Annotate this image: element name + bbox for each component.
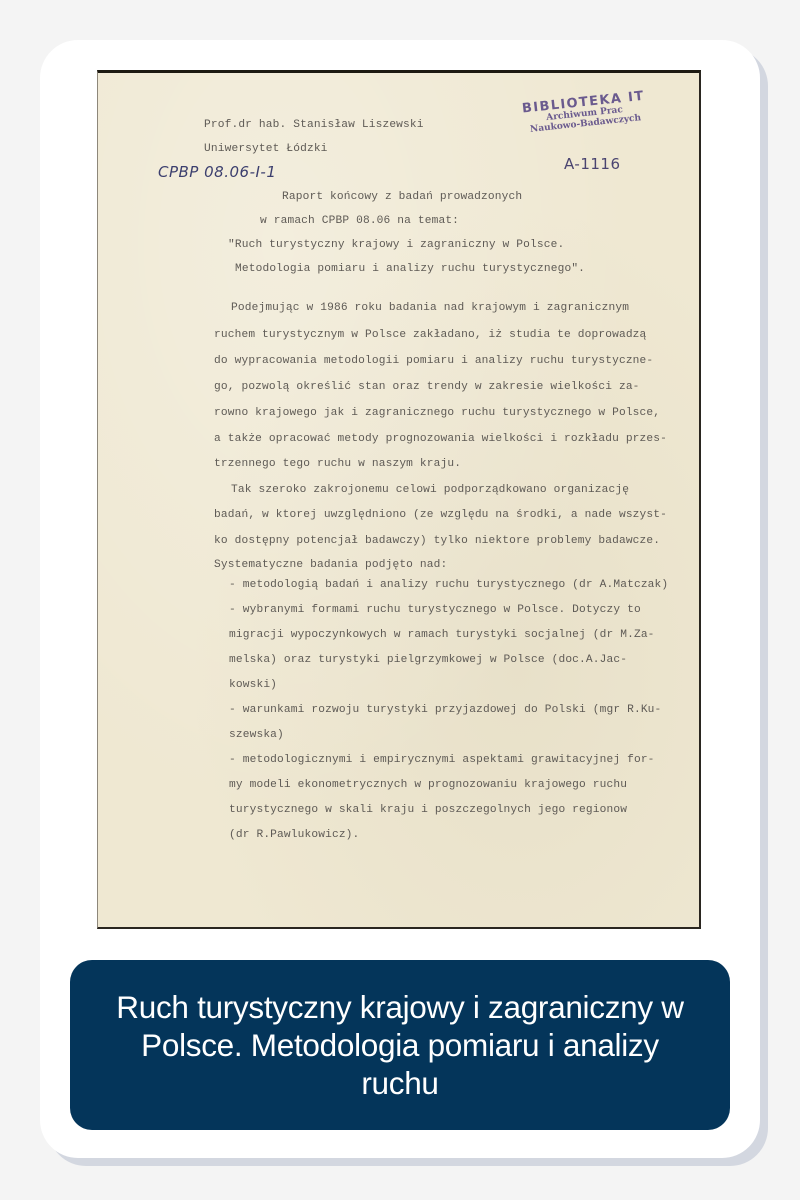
- handwritten-code: CPBP 08.06-I-1: [158, 163, 276, 181]
- paragraph-line: go, pozwolą określić stan oraz trendy w …: [214, 381, 640, 393]
- list-item: - warunkami rozwoju turystyki przyjazdow…: [229, 704, 661, 716]
- caption-title: Ruch turystyczny krajowy i zagraniczny w…: [100, 988, 700, 1102]
- list-item: - metodologicznymi i empirycznymi aspekt…: [229, 754, 655, 766]
- list-item-continuation: (dr R.Pawlukowicz).: [229, 829, 359, 841]
- library-stamp: BIBLIOTEKA IT Archiwum Prac Naukowo-Bada…: [508, 87, 662, 152]
- list-item: - metodologią badań i analizy ruchu tury…: [229, 579, 668, 591]
- list-item-continuation: szewska): [229, 729, 284, 741]
- title-line: w ramach CPBP 08.06 na temat:: [260, 215, 459, 227]
- paragraph-line: Podejmując w 1986 roku badania nad krajo…: [231, 302, 629, 314]
- paragraph-line: a także opracować metody prognozowania w…: [214, 433, 667, 445]
- paragraph-line: rowno krajowego jak i zagranicznego ruch…: [214, 407, 660, 419]
- list-item: - wybranymi formami ruchu turystycznego …: [229, 604, 641, 616]
- institution-line: Uniwersytet Łódzki: [204, 143, 328, 155]
- document-scan[interactable]: Prof.dr hab. Stanisław Liszewski Uniwers…: [97, 70, 701, 929]
- author-line: Prof.dr hab. Stanisław Liszewski: [204, 119, 424, 131]
- paragraph-line: do wypracowania metodologii pomiaru i an…: [214, 355, 653, 367]
- list-item-continuation: turystycznego w skali kraju i poszczegol…: [229, 804, 627, 816]
- list-item-continuation: melska) oraz turystyki pielgrzymkowej w …: [229, 654, 627, 666]
- paragraph-line: Tak szeroko zakrojonemu celowi podporząd…: [231, 484, 629, 496]
- list-item-continuation: my modeli ekonometrycznych w prognozowan…: [229, 779, 627, 791]
- paragraph-line: ko dostępny potencjał badawczy) tylko ni…: [214, 535, 660, 547]
- paragraph-line: trzennego tego ruchu w naszym kraju.: [214, 458, 461, 470]
- list-item-continuation: migracji wypoczynkowych w ramach turysty…: [229, 629, 655, 641]
- title-line: Raport końcowy z badań prowadzonych: [282, 191, 522, 203]
- handwritten-archive-number: A-1116: [564, 155, 621, 173]
- title-line: "Ruch turystyczny krajowy i zagraniczny …: [228, 239, 564, 251]
- paragraph-line: badań, w ktorej uwzględniono (ze względu…: [214, 509, 667, 521]
- paragraph-line: ruchem turystycznym w Polsce zakładano, …: [214, 329, 646, 341]
- caption-banner[interactable]: Ruch turystyczny krajowy i zagraniczny w…: [70, 960, 730, 1130]
- list-item-continuation: kowski): [229, 679, 277, 691]
- paragraph-line: Systematyczne badania podjęto nad:: [214, 559, 447, 571]
- title-line: Metodologia pomiaru i analizy ruchu tury…: [235, 263, 585, 275]
